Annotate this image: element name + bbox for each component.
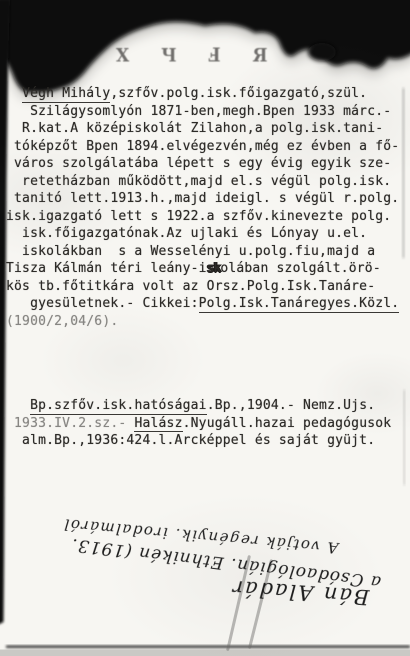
typewritten-paragraph-biography: Végh Mihály,szfőv.polg.isk.főigazgató,sz… [6, 85, 399, 330]
typewritten-segment: tóképzőt Bpen 1894.elvégezvén,még ez évb… [6, 139, 399, 154]
typewritten-paragraph-sources: Bp.szfőv.isk.hatóságai.Bp.,1904.- Nemz.U… [6, 397, 391, 450]
typewritten-segment: .Bp.,1904.- Nemz.Ujs. [207, 398, 376, 413]
typewritten-segment: isk.igazgató lett s 1922.a szfőv.kinevez… [6, 209, 391, 224]
typewritten-segment: 1933.IV.2.sz.- [6, 416, 134, 431]
scanned-card: Х Ч Ⅎ Я Végh Mihály,szfőv.polg.isk.főiga… [0, 0, 410, 656]
typewritten-segment: Tisza Kálmán téri leány-i [6, 261, 207, 276]
typewritten-segment: R.kat.A középiskolát Zilahon,a polg.isk.… [6, 121, 383, 136]
typewritten-segment: retetházban működött,majd el.s végül pol… [6, 174, 391, 189]
typewritten-segment: ,szfőv.polg.isk.főigazgató,szül. [110, 86, 367, 101]
typewritten-segment: olában szolgált.örö- [220, 261, 381, 276]
typewritten-line: tóképzőt Bpen 1894.elvégezvén,még ez évb… [6, 138, 399, 156]
typewritten-segment: város szolgálatába lépett s egy évig egy… [6, 156, 391, 171]
typewritten-line: tanitó lett.1913.h.,majd ideigl. s végül… [6, 190, 399, 208]
typewritten-segment: sk [207, 261, 221, 276]
typewritten-line: Végh Mihály,szfőv.polg.isk.főigazgató,sz… [6, 85, 399, 103]
typewritten-line: Szilágysomlyón 1871-ben,megh.Bpen 1933 m… [6, 103, 399, 121]
typewritten-line: isk.főigazgatónak.Az ujlaki és Lónyay u.… [6, 225, 399, 243]
typewritten-segment: Polg.Isk.Tanáregyes.Közl. [199, 296, 400, 313]
typewritten-line: gyesületnek.- Cikkei:Polg.Isk.Tanáregyes… [6, 295, 399, 313]
handwritten-annotation: Bán Aladár a Csódaológián. Ethnikén (191… [33, 510, 384, 616]
typewritten-segment: .Nyugáll.hazai pedagógusok [183, 416, 392, 431]
typewritten-segment: tanitó lett.1913.h.,majd ideigl. s végül… [6, 191, 399, 206]
typewritten-line: isk.igazgató lett s 1922.a szfőv.kinevez… [6, 208, 399, 226]
typewritten-line: 1933.IV.2.sz.- Halász.Nyugáll.hazai peda… [6, 415, 391, 433]
typewritten-segment [6, 398, 30, 413]
typewritten-segment [6, 86, 22, 101]
typewritten-segment: Végh Mihály [22, 86, 110, 103]
typewritten-segment: alm.Bp.,1936:424.l.Arcképpel és saját gy… [6, 433, 375, 448]
typewritten-line: Tisza Kálmán téri leány-iskolában szolgá… [6, 260, 399, 278]
typewritten-line: Bp.szfőv.isk.hatóságai.Bp.,1904.- Nemz.U… [6, 397, 391, 415]
typewritten-line: (1900/2,04/6). [6, 313, 399, 331]
typewritten-line: alm.Bp.,1936:424.l.Arcképpel és saját gy… [6, 432, 391, 450]
typewritten-segment: Halász [134, 416, 182, 433]
typewritten-segment: Bp.szfőv.isk.hatóságai [30, 398, 207, 415]
typewritten-line: retetházban működött,majd el.s végül pol… [6, 173, 399, 191]
stamp-mark: Х Ч Ⅎ Я [116, 45, 281, 67]
typewritten-segment: isk.főigazgatónak.Az ujlaki és Lónyay u.… [6, 226, 367, 241]
typewritten-line: R.kat.A középiskolát Zilahon,a polg.isk.… [6, 120, 399, 138]
typewritten-line: város szolgálatába lépett s egy évig egy… [6, 155, 399, 173]
typewritten-segment: kös tb.főtitkára volt az Orsz.Polg.Isk.T… [6, 279, 375, 294]
typewritten-line: kös tb.főtitkára volt az Orsz.Polg.Isk.T… [6, 278, 399, 296]
typewritten-segment: gyesületnek.- Cikkei: [6, 296, 199, 311]
typewritten-segment: Szilágysomlyón 1871-ben,megh.Bpen 1933 m… [6, 104, 391, 119]
typewritten-segment: (1900/2,04/6). [6, 314, 118, 329]
typewritten-segment: iskolákban s a Wesselényi u.polg.fiu,maj… [6, 244, 375, 259]
typewritten-line: iskolákban s a Wesselényi u.polg.fiu,maj… [6, 243, 399, 261]
